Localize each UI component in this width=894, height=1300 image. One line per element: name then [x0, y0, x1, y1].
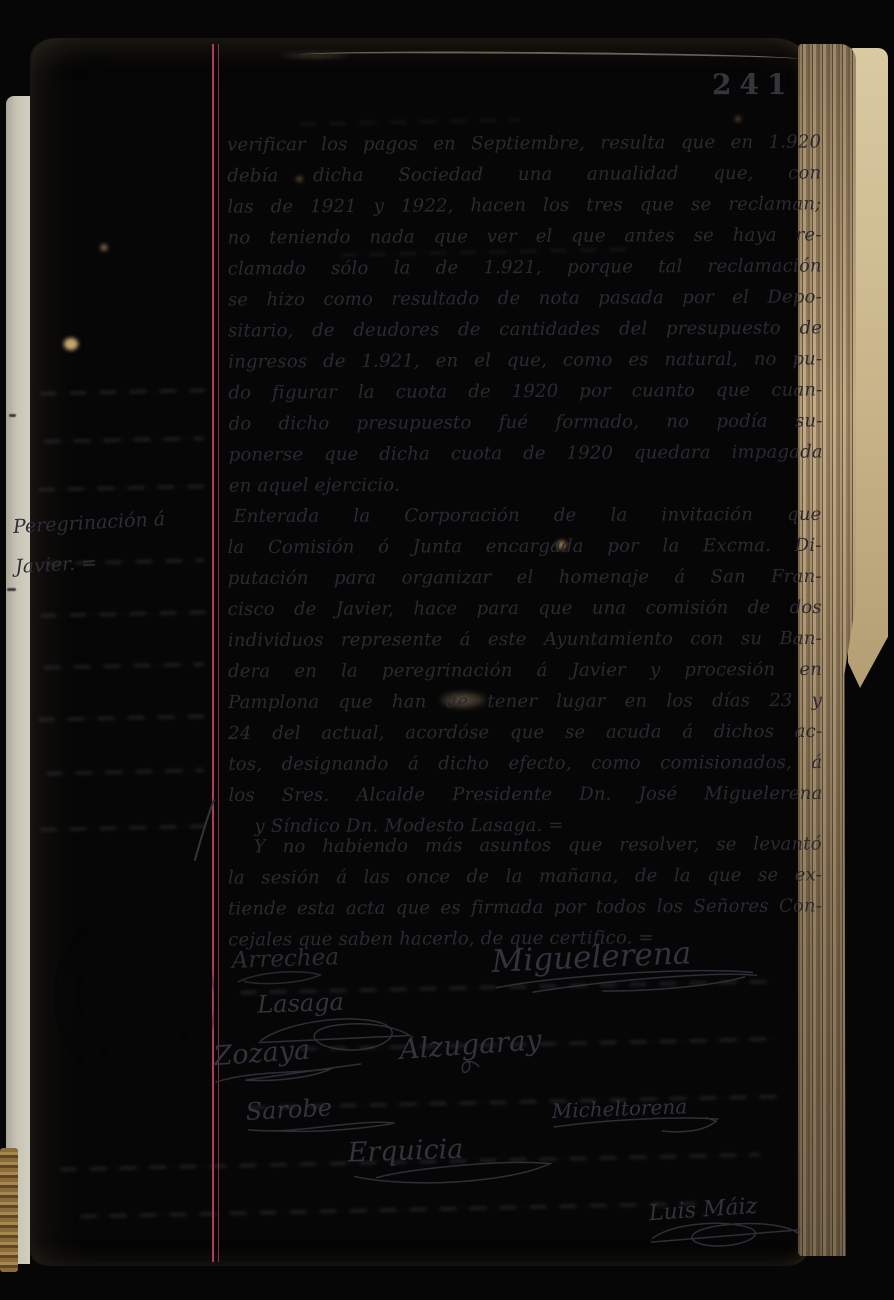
text-line: se hizo como resultado de nota pasada po… — [228, 281, 822, 315]
text-line: tos, designando á dicho efecto, como com… — [228, 747, 822, 780]
text-line: verificar los pagos en Septiembre, resul… — [227, 126, 821, 160]
svg-text:✱ LESACA ✱: ✱ LESACA ✱ — [93, 1021, 201, 1082]
text-line: do dicho presupuesto fué formado, no pod… — [228, 405, 822, 439]
text-line: la Comisión ó Junta encargada por la Exc… — [228, 530, 822, 563]
facing-page-ink-mark — [9, 414, 16, 417]
signature-name: Lasaga — [257, 988, 344, 1019]
signature-sarobe: Sarobe — [245, 1090, 397, 1140]
stamp-arc-text-bottom: ✱ LESACA ✱ — [93, 1021, 201, 1082]
text-line: do figurar la cuota de 1920 por cuanto q… — [228, 374, 822, 408]
margin-note: Peregrinación á Javier. = — [12, 497, 206, 587]
text-line: tiende esta acta que es firmada por todo… — [228, 890, 822, 924]
paragraph-2: Enterada la Corporación de la invitación… — [227, 499, 822, 842]
signature-luis-maiz: Luis Máiz — [648, 1191, 802, 1260]
text-line: sitario, de deudores de cantidades del p… — [228, 312, 822, 346]
text-line: los Sres. Alcalde Presidente Dn. José Mi… — [228, 778, 822, 811]
facing-page-edge — [6, 96, 30, 1264]
binding-corner — [0, 1148, 18, 1272]
text-line: putación para organizar el homenaje á Sa… — [228, 561, 822, 594]
text-line: 24 del actual, acordóse que se acuda á d… — [228, 716, 822, 749]
text-line: en aquel ejercicio. — [229, 467, 823, 501]
text-line: clamado sólo la de 1.921, porque tal rec… — [228, 250, 822, 284]
signature-alzugaray: Alzugaray — [398, 1023, 544, 1088]
signature-name: Erquicia — [347, 1134, 464, 1169]
foxing-spot — [100, 244, 108, 251]
text-line: cisco de Javier, hace para que una comis… — [228, 592, 822, 625]
text-line: individuos represente á este Ayuntamient… — [228, 623, 822, 656]
text-line: ingresos de 1.921, en el que, como es na… — [228, 343, 822, 377]
text-line: las de 1921 y 1922, hacen los tres que s… — [227, 188, 821, 222]
foxing-spot — [735, 116, 741, 122]
signature-miguelerena: Miguelerena — [491, 932, 761, 1000]
page-number: 241 — [712, 68, 794, 101]
text-line: Pamplona que han de tener lugar en los d… — [228, 685, 822, 718]
pen-flourish — [192, 798, 218, 862]
text-line: no teniendo nada que ver el que antes se… — [228, 219, 822, 253]
signature-name: Sarobe — [245, 1093, 333, 1125]
facing-page-ink-mark — [7, 588, 16, 591]
signature-micheltorena: Micheltorena — [551, 1093, 722, 1141]
text-line: debía dicha Sociedad una anualidad que, … — [227, 157, 821, 191]
text-line: ponerse que dicha cuota de 1920 quedara … — [229, 436, 823, 470]
top-edge-soil — [280, 52, 350, 59]
text-line: Enterada la Corporación de la invitación… — [227, 499, 821, 532]
stamp-crest — [107, 952, 160, 1032]
signature-arrechea: Arrechea — [231, 944, 340, 990]
paragraph-1: verificar los pagos en Septiembre, resul… — [227, 126, 823, 501]
red-margin-line — [212, 44, 214, 1262]
signature-erquicia: Erquicia — [347, 1130, 559, 1192]
book-photo: 241 Peregrinación á Javier. = verificar … — [0, 0, 894, 1300]
foxing-spot — [64, 338, 78, 350]
text-line: dera en la peregrinación á Javier y proc… — [228, 654, 822, 687]
signature-name: Arrechea — [231, 944, 339, 974]
text-line: Y no habiendo más asuntos que resolver, … — [228, 828, 822, 862]
text-line: la sesión á las once de la mañana, de la… — [228, 859, 822, 893]
